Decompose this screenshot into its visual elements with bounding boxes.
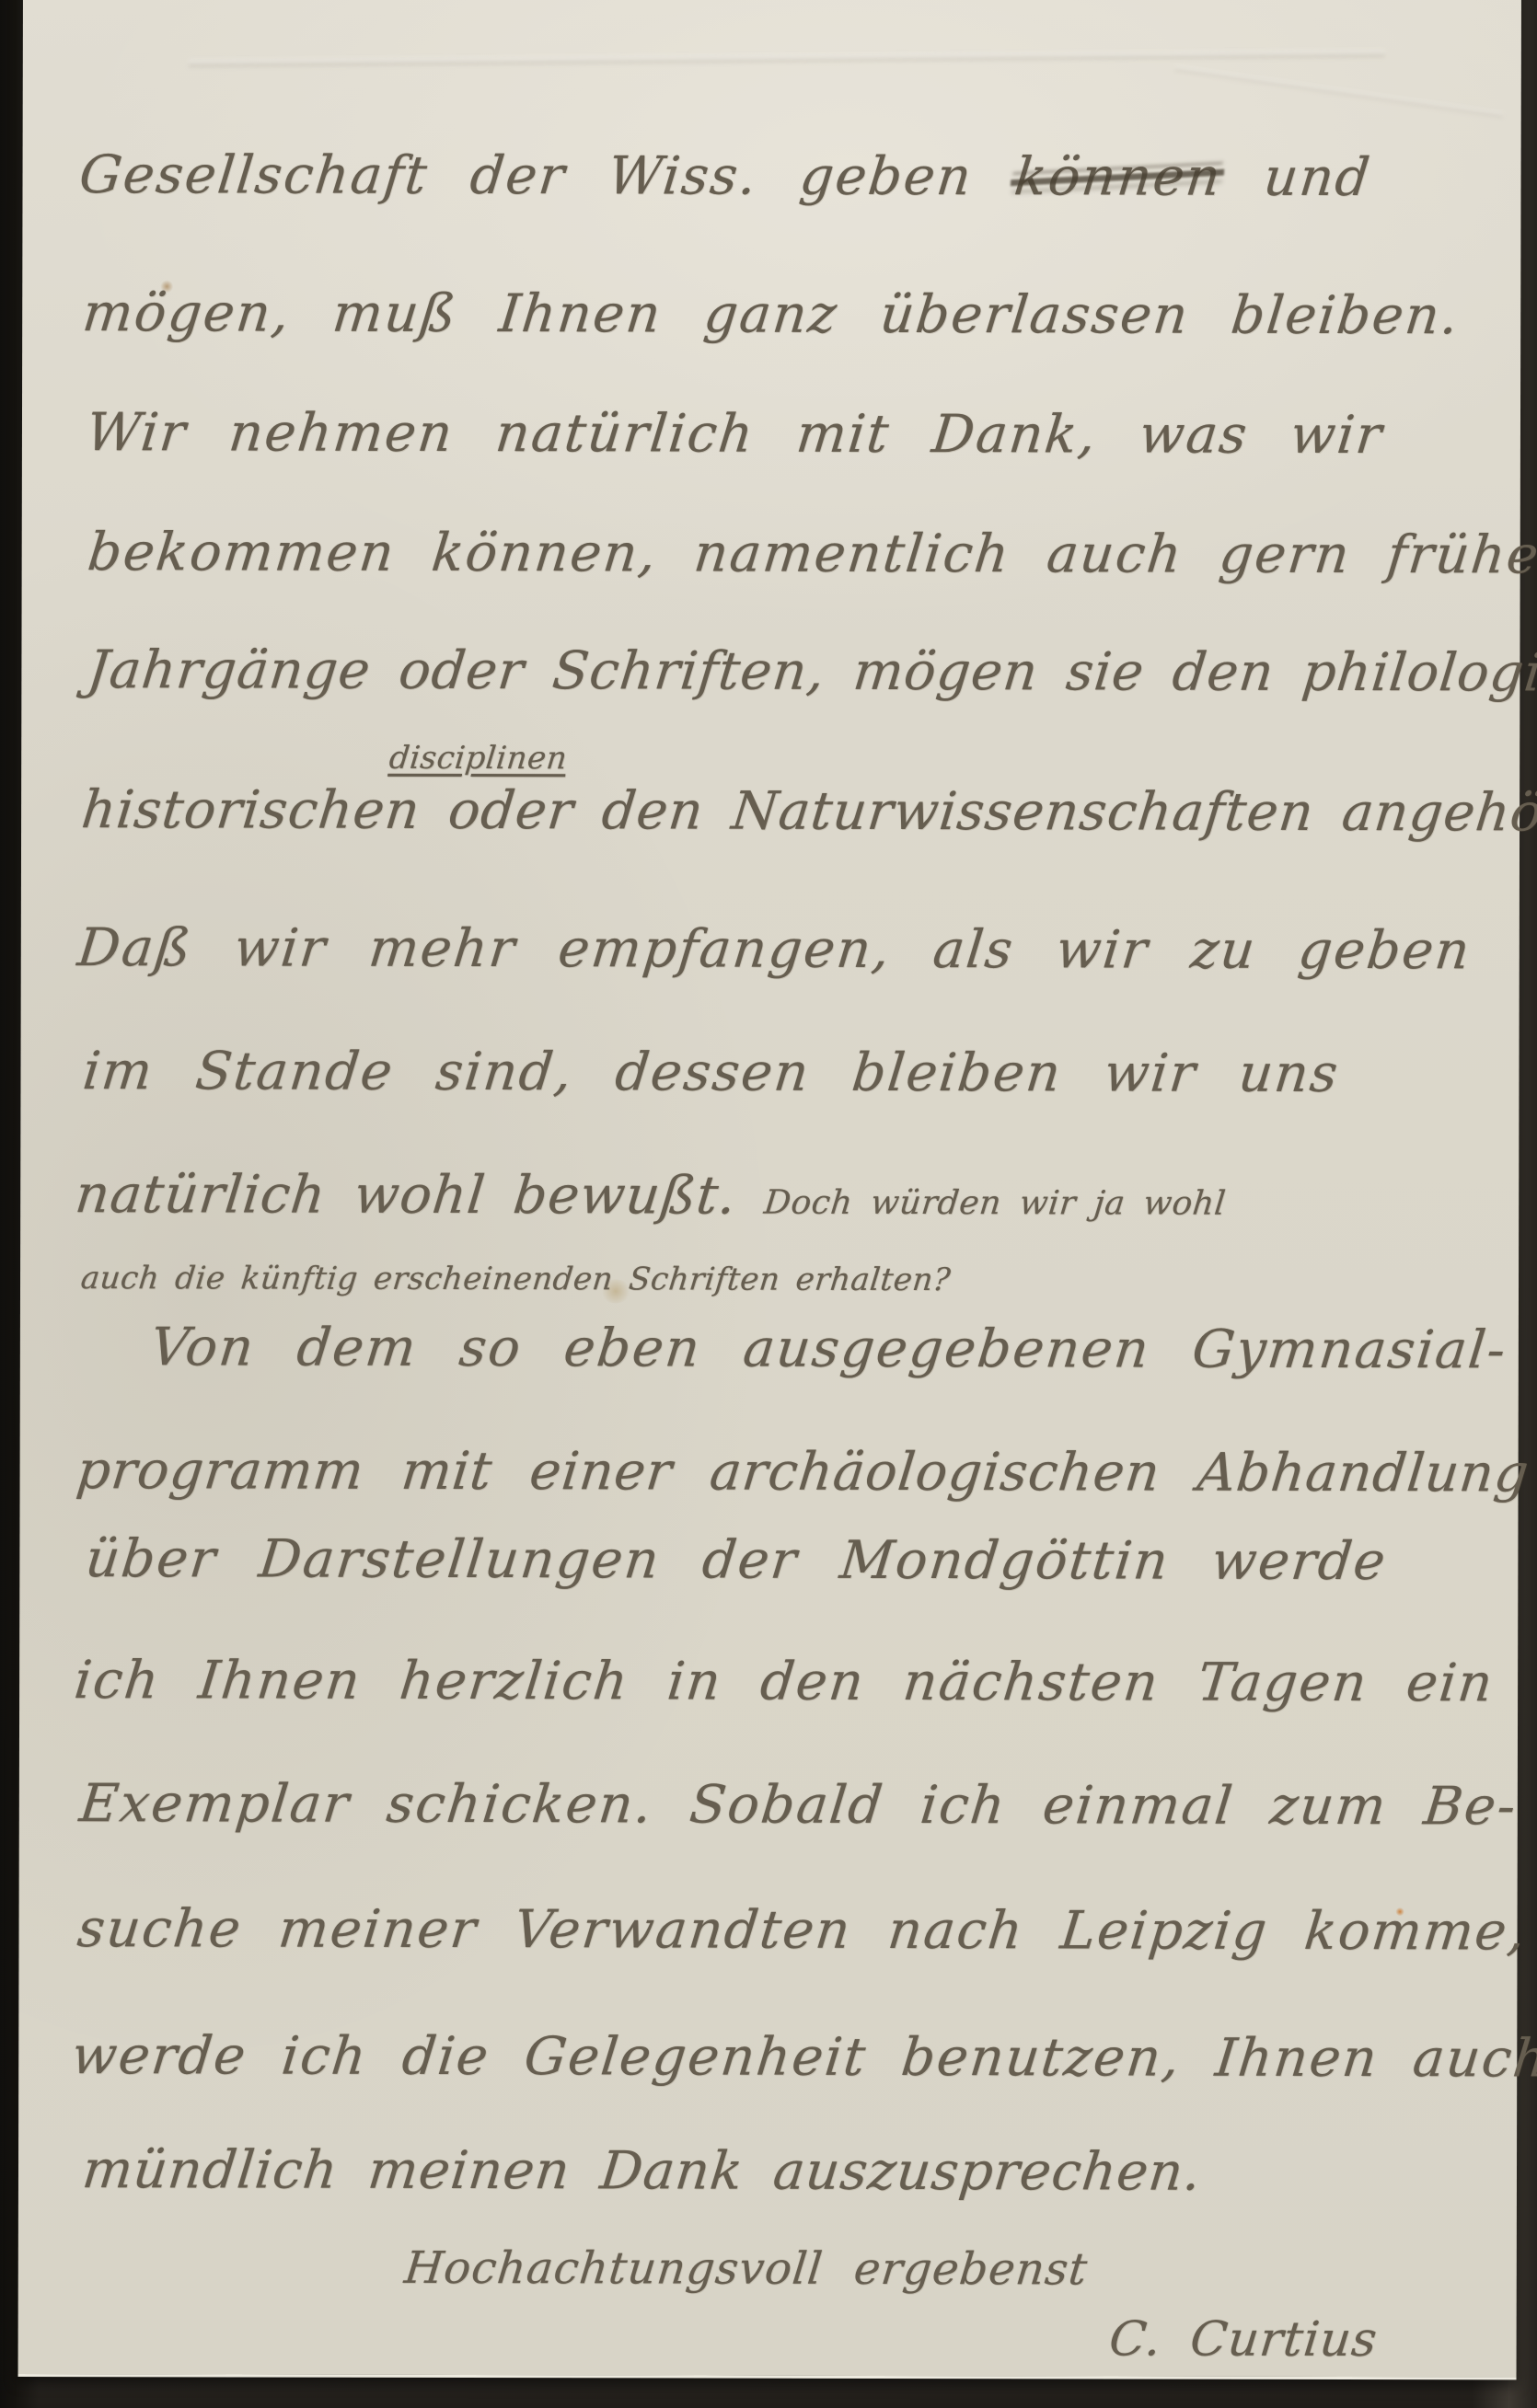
line-text: Gesellschaft der Wiss. geben <box>76 144 1018 207</box>
line-text: und <box>1219 147 1374 208</box>
signature: C. Curtius <box>1107 2315 1380 2364</box>
handwritten-line: bekommen können, namentlich auch gern fr… <box>86 526 1537 582</box>
paper-crease <box>1174 66 1503 119</box>
handwritten-line: mögen, muß Ihnen ganz überlassen bleiben… <box>80 287 1462 342</box>
handwritten-line: mündlich meinen Dank auszusprechen. <box>80 2144 1204 2199</box>
handwritten-line: Wir nehmen natürlich mit Dank, was wir <box>84 407 1386 462</box>
handwritten-line: natürlich wohl bewußt. Doch würden wir j… <box>73 1169 1229 1224</box>
line-text-small: Doch würden wir ja wohl <box>762 1184 1228 1223</box>
handwritten-line: programm mit einer archäologischen Abhan… <box>75 1445 1532 1500</box>
line-text: natürlich wohl bewußt. <box>73 1164 740 1226</box>
handwritten-line: ich Ihnen herzlich in den nächsten Tagen… <box>72 1654 1497 1710</box>
handwritten-line: Von dem so eben ausgegebenen Gymnasial- <box>148 1321 1509 1377</box>
handwritten-line: Exemplar schicken. Sobald ich einmal zum… <box>77 1778 1520 1833</box>
interlinear-insertion: disciplinen <box>387 743 569 774</box>
handwritten-line: über Darstellungen der Mondgöttin werde <box>83 1533 1389 1588</box>
handwritten-line: Daß wir mehr empfangen, als wir zu geben <box>75 922 1473 977</box>
letter-page: Gesellschaft der Wiss. geben können und … <box>18 0 1521 2379</box>
strikethrough-word: können <box>1011 146 1225 207</box>
handwritten-line: Gesellschaft der Wiss. geben können und <box>76 149 1373 204</box>
handwritten-line: im Stande sind, dessen bleiben wir uns <box>80 1045 1341 1100</box>
paper-crease <box>189 50 1385 67</box>
closing-line: Hochachtungsvoll ergebenst <box>402 2246 1090 2292</box>
handwritten-line: Jahrgänge oder Schriften, mögen sie den … <box>85 644 1537 700</box>
handwritten-line: werde ich die Gelegenheit benutzen, Ihne… <box>69 2030 1537 2085</box>
handwritten-line: historischen oder den Naturwissenschafte… <box>79 784 1537 840</box>
handwritten-line-small: auch die künftig erscheinenden Schriften… <box>79 1262 952 1296</box>
handwritten-line: suche meiner Verwandten nach Leipzig kom… <box>75 1903 1529 1958</box>
